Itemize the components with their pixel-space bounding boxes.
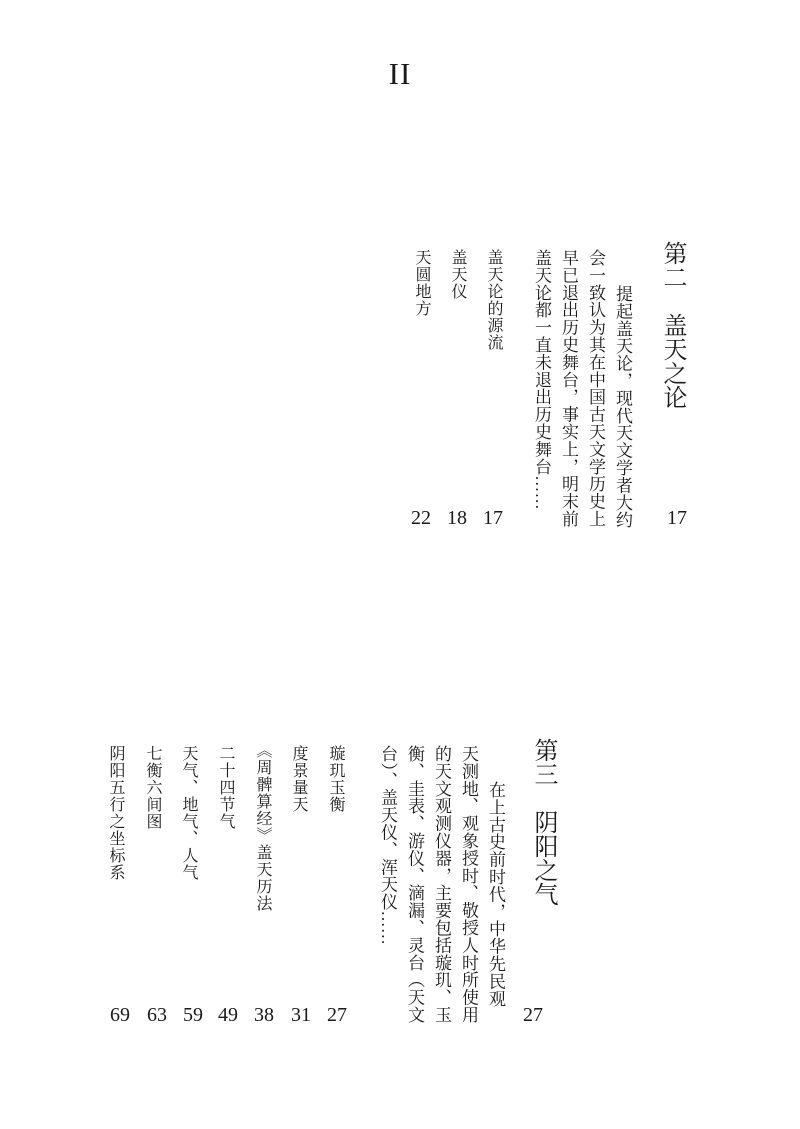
toc-entry-title: 天圆地方 xyxy=(408,249,434,317)
toc-entry-title: 《周髀算经》盖天历法 xyxy=(249,742,275,912)
entry-page-number: 69 xyxy=(98,1003,142,1027)
toc-entry-title: 度景量天 xyxy=(285,745,311,813)
toc-entry-title: 盖天仪 xyxy=(444,249,470,300)
chapter-intro-3: 在上古史前时代，中华先民观 天测地、观象授时、敬授人时所使用 的天文观测仪器，主… xyxy=(374,745,509,1023)
toc-entry-title: 阴阳五行之坐标系 xyxy=(102,745,128,881)
toc-entry-title: 璇玑玉衡 xyxy=(322,745,348,813)
chapter-page-number: 17 xyxy=(655,506,699,530)
toc-entry-title: 七衡六间图 xyxy=(139,745,165,830)
entry-page-number: 22 xyxy=(399,506,443,530)
chapter-title-3: 第三 阴阳之气 xyxy=(528,738,558,906)
folio-page-number: II xyxy=(0,56,800,92)
toc-entry-title: 盖天论的源流 xyxy=(480,249,506,351)
toc-entry-title: 二十四节气 xyxy=(212,745,238,830)
toc-page: II 第二 盖天之论 17 提起盖天论，现代天文学者大约 会一致认为其在中国古天… xyxy=(0,0,800,1129)
chapter-title-2: 第二 盖天之论 xyxy=(657,241,687,409)
chapter-intro-2: 提起盖天论，现代天文学者大约 会一致认为其在中国古天文学历史上 早已退出历史舞台… xyxy=(528,249,636,529)
toc-entry-title: 天气、地气、人气 xyxy=(175,745,201,881)
chapter-page-number: 27 xyxy=(511,1003,555,1027)
